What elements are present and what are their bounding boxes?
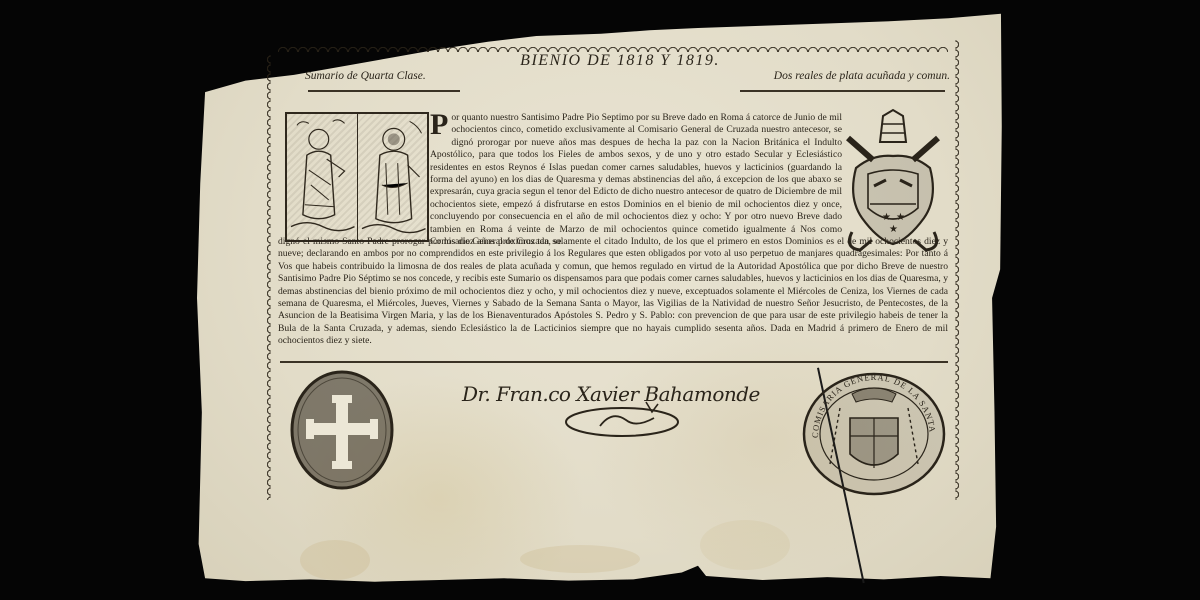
caption-rule-left (308, 90, 460, 92)
ornamental-border-right (955, 40, 963, 500)
price-caption: Dos reales de plata acuñada y comun. (700, 70, 950, 82)
svg-text:★: ★ (882, 212, 891, 223)
svg-text:★: ★ (889, 224, 898, 235)
class-caption: Sumario de Quarta Clase. (305, 70, 485, 82)
water-stain (700, 520, 790, 570)
document-title: BIENIO DE 1818 Y 1819. (520, 52, 720, 70)
saints-woodcut (285, 112, 429, 242)
saint-figure-left (287, 114, 358, 240)
full-text: dignó el mismo Santo Padre prorogar por … (278, 236, 948, 348)
caption-rule-right (740, 90, 945, 92)
indulgence-text-full: dignó el mismo Santo Padre prorogar por … (278, 236, 948, 348)
drop-cap: P (430, 112, 448, 138)
ornamental-border-top (278, 42, 948, 52)
ornamental-border-left (263, 55, 271, 500)
svg-text:★: ★ (896, 212, 905, 223)
indulgence-text-column: Por quanto nuestro Santisimo Padre Pio S… (430, 112, 842, 248)
water-stain (300, 540, 370, 580)
cross-seal-icon (288, 367, 396, 493)
cruzada-seal-icon: COMISARIA GENERAL DE LA SANTA CRUZADA ✠ … (800, 368, 948, 496)
text-bottom-rule (280, 361, 948, 363)
signature-rubric-icon (560, 400, 680, 440)
column-text: or quanto nuestro Santisimo Padre Pio Se… (430, 112, 842, 247)
water-stain (520, 545, 640, 573)
saint-figure-right (358, 114, 428, 240)
